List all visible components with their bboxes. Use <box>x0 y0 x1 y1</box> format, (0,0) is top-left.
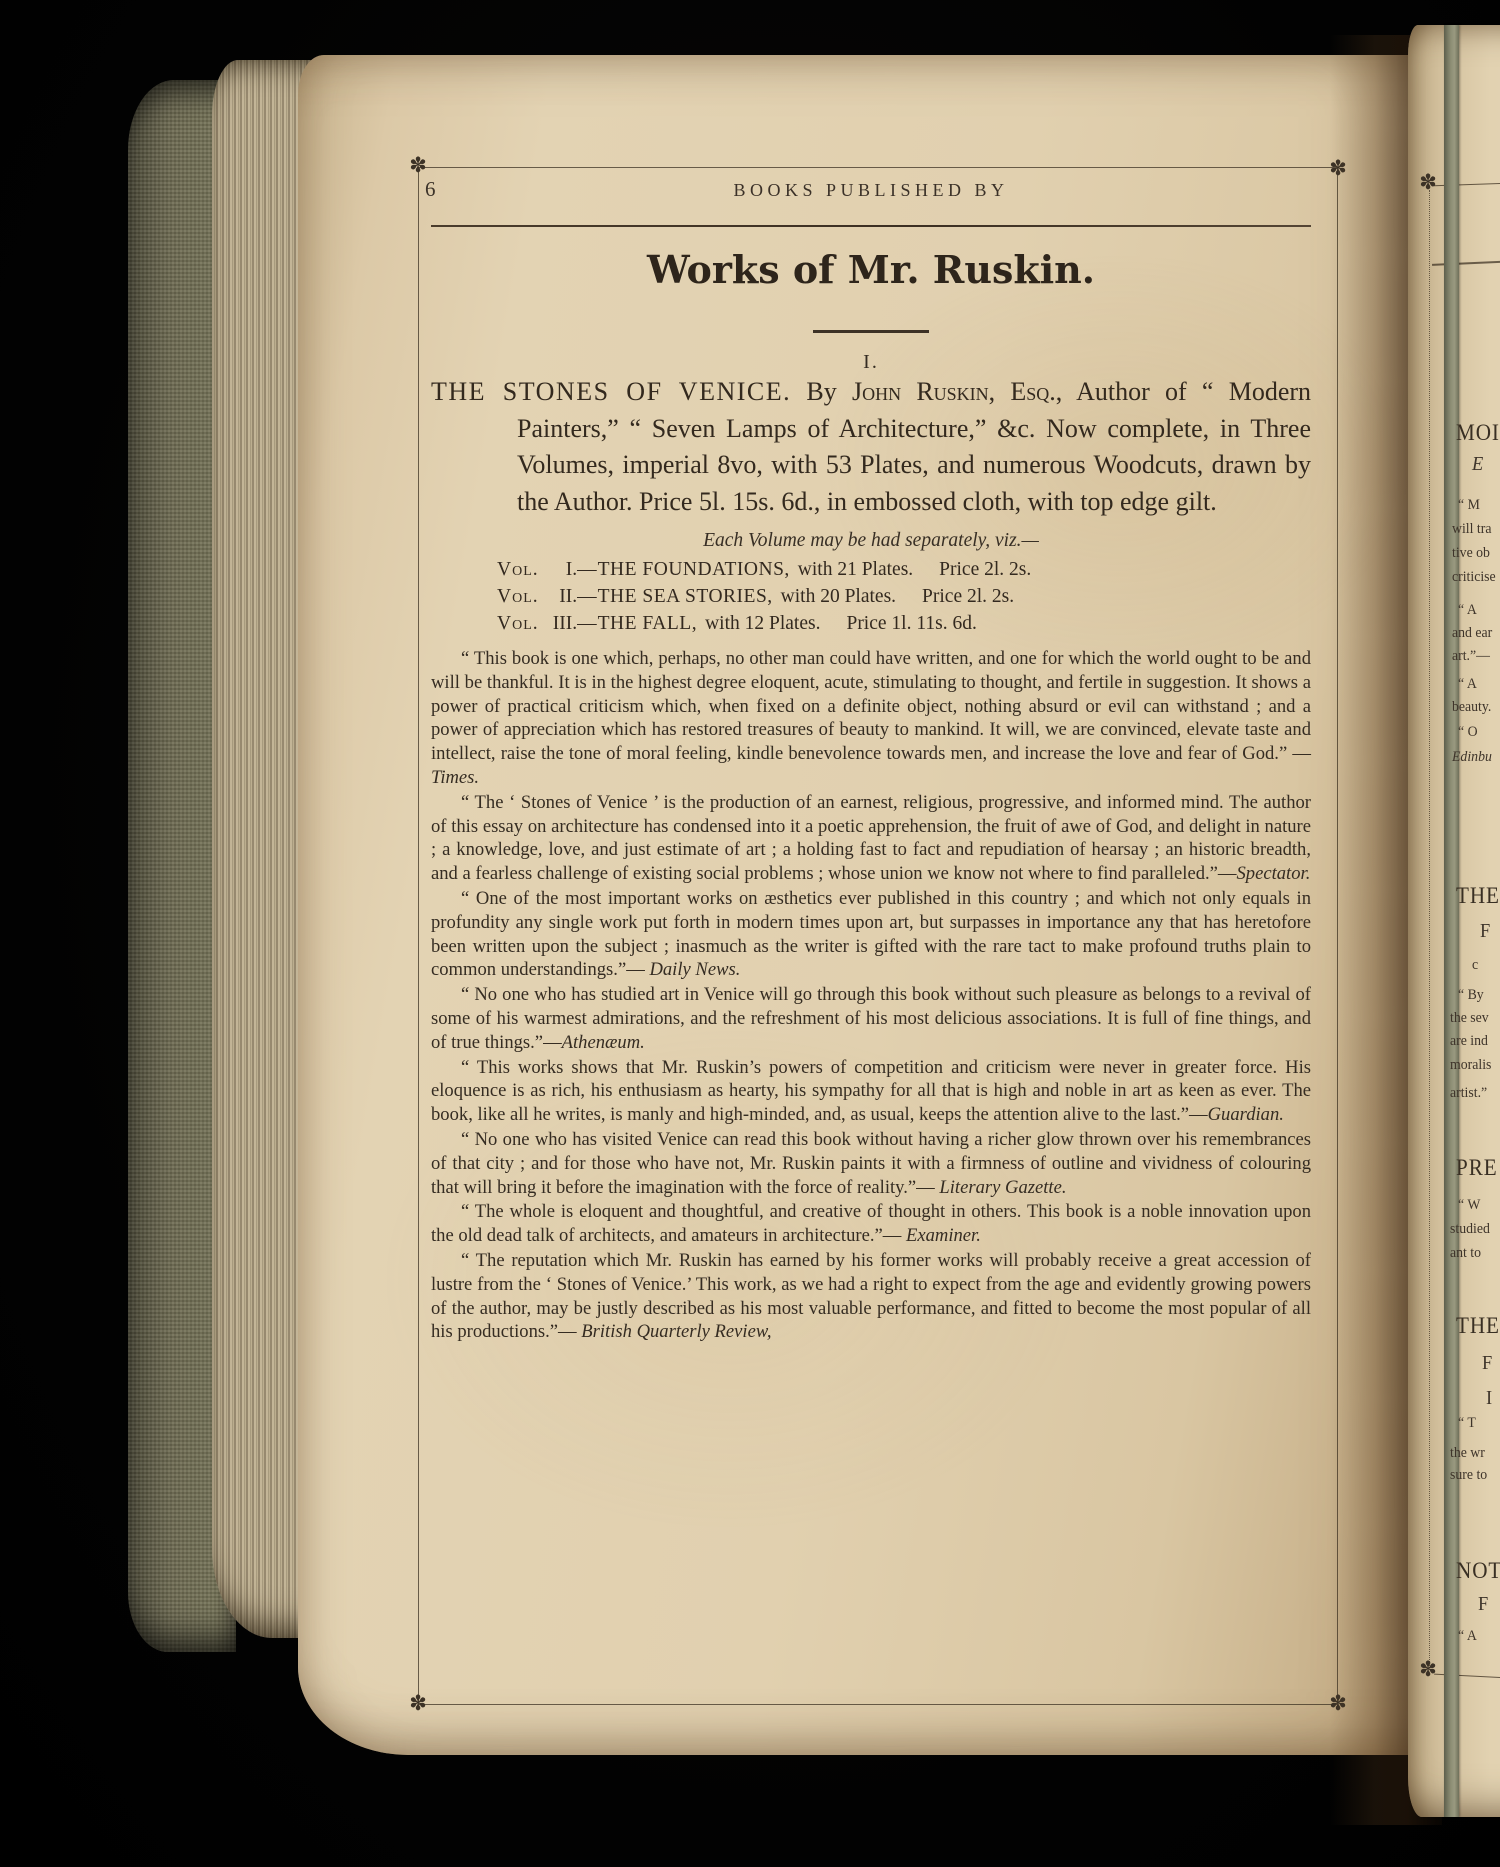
right-page-text-fragment: F <box>1482 1352 1492 1375</box>
book-title-main: THE STONES OF VENICE. <box>431 377 791 406</box>
review-dash: — <box>1189 1104 1208 1125</box>
review-text: “ No one who has visited Venice can read… <box>431 1129 1311 1198</box>
right-page-header-rule <box>1432 258 1500 266</box>
review-text: “ This book is one which, perhaps, no ot… <box>431 648 1311 764</box>
corner-fleuron-icon: ✽ <box>1417 172 1439 194</box>
volume-plates: with 20 Plates. <box>781 586 896 607</box>
review-dash: — <box>1287 743 1311 764</box>
volume-title: THE FALL, <box>598 613 697 634</box>
item-number: I. <box>431 351 1311 374</box>
review-quotes: “ This book is one which, perhaps, no ot… <box>431 647 1311 1344</box>
review-quote: “ The reputation which Mr. Ruskin has ea… <box>431 1249 1311 1344</box>
right-facing-page: ✽ ✽ MOIE“ Mwill trative obcriticise“ Aan… <box>1408 25 1500 1817</box>
review-dash: — <box>543 1032 562 1053</box>
book-photo: { "colors":{ "background":"#020202", "pa… <box>0 0 1500 1867</box>
corner-fleuron-icon: ✽ <box>1327 158 1349 180</box>
right-page-text-fragment: art.”— <box>1452 648 1490 665</box>
separate-purchase-note: Each Volume may be had separately, viz.— <box>431 530 1311 552</box>
volume-numeral: III.— <box>539 610 597 637</box>
volume-label: Vol. <box>497 559 539 580</box>
review-source: Athenæum. <box>562 1032 645 1053</box>
running-head: BOOKS PUBLISHED BY <box>431 177 1311 201</box>
right-page-text-fragment: artist.” <box>1450 1085 1487 1102</box>
page-number: 6 <box>425 177 436 202</box>
right-page-text-fragment: “ A <box>1458 1628 1477 1645</box>
right-page-text-fragment: ant to <box>1450 1245 1481 1262</box>
review-dash: — <box>626 959 649 980</box>
right-page-text-fragment: NOT <box>1456 1558 1500 1584</box>
right-page-text-fragment: I <box>1486 1387 1492 1410</box>
right-page-border-line <box>1429 190 1430 1668</box>
right-page-text-fragment: the wr <box>1450 1445 1485 1462</box>
volume-numeral: II.— <box>539 583 597 610</box>
volume-row: Vol.II.—THE SEA STORIES,with 20 Plates.P… <box>497 583 1311 610</box>
review-source: Times. <box>431 767 479 788</box>
volume-price: Price 2l. 2s. <box>939 559 1031 580</box>
volume-numeral: I.— <box>539 556 597 583</box>
review-text: “ One of the most important works on æst… <box>431 888 1311 980</box>
right-page-text-fragment: criticise <box>1452 569 1496 586</box>
volume-plates: with 21 Plates. <box>798 559 913 580</box>
header-rule <box>431 225 1311 227</box>
right-page-text-fragment: studied <box>1450 1221 1490 1238</box>
book-title-by: By <box>806 377 836 406</box>
right-page-text-fragment: and ear <box>1452 625 1492 642</box>
right-page-text-fragment: c <box>1472 957 1478 974</box>
review-quote: “ No one who has visited Venice can read… <box>431 1128 1311 1199</box>
review-source: Guardian. <box>1208 1104 1284 1125</box>
right-page-text-fragment: “ W <box>1458 1197 1480 1214</box>
review-source: British Quarterly Review, <box>581 1321 771 1342</box>
section-divider <box>813 330 929 333</box>
review-quote: “ This book is one which, perhaps, no ot… <box>431 647 1311 790</box>
page-content: 6 BOOKS PUBLISHED BY Works of Mr. Ruskin… <box>431 177 1311 1345</box>
review-text: “ The ‘ Stones of Venice ’ is the produc… <box>431 792 1311 884</box>
right-page-text-fragment: sure to <box>1450 1467 1487 1484</box>
review-source: Literary Gazette. <box>939 1177 1066 1198</box>
page-header: 6 BOOKS PUBLISHED BY <box>431 177 1311 207</box>
right-page-text-fragment: F <box>1478 1593 1488 1616</box>
book-entry-title: THE STONES OF VENICE. By John Ruskin, Es… <box>431 374 1311 520</box>
section-heading: Works of Mr. Ruskin. <box>431 247 1311 292</box>
right-page-text-fragment: THE <box>1456 1313 1500 1339</box>
right-page-text-fragment: MOI <box>1456 420 1500 446</box>
right-page-text-fragment: E <box>1472 453 1483 476</box>
volume-plates: with 12 Plates. <box>705 613 820 634</box>
corner-fleuron-icon: ✽ <box>407 1693 429 1715</box>
volume-title: THE FOUNDATIONS, <box>598 559 790 580</box>
volume-label: Vol. <box>497 613 539 634</box>
corner-fleuron-icon: ✽ <box>1417 1659 1439 1681</box>
right-page-text-fragment: F <box>1480 920 1490 943</box>
corner-fleuron-icon: ✽ <box>1327 1693 1349 1715</box>
review-source: Examiner. <box>906 1225 981 1246</box>
right-page-text-fragment: PRE <box>1456 1155 1498 1181</box>
right-page-text-fragment: Edinbu <box>1452 749 1492 766</box>
review-source: Spectator. <box>1237 863 1311 884</box>
volume-list: Vol.I.—THE FOUNDATIONS,with 21 Plates.Pr… <box>431 556 1311 637</box>
volume-row: Vol.I.—THE FOUNDATIONS,with 21 Plates.Pr… <box>497 556 1311 583</box>
review-text: “ The whole is eloquent and thoughtful, … <box>431 1201 1311 1246</box>
right-page-text-fragment: “ O <box>1458 724 1478 741</box>
volume-title: THE SEA STORIES, <box>598 586 773 607</box>
right-page-text-fragment: “ By <box>1458 987 1484 1004</box>
volume-row: Vol.III.—THE FALL,with 12 Plates.Price 1… <box>497 610 1311 637</box>
volume-price: Price 2l. 2s. <box>922 586 1014 607</box>
book-title-author: John Ruskin, Esq., <box>852 377 1062 406</box>
review-text: “ This works shows that Mr. Ruskin’s pow… <box>431 1057 1311 1126</box>
review-dash: — <box>883 1225 906 1246</box>
review-quote: “ The whole is eloquent and thoughtful, … <box>431 1200 1311 1248</box>
review-quote: “ One of the most important works on æst… <box>431 887 1311 982</box>
right-page-text-fragment: will tra <box>1452 521 1491 538</box>
review-quote: “ This works shows that Mr. Ruskin’s pow… <box>431 1056 1311 1127</box>
review-source: Daily News. <box>649 959 740 980</box>
facing-page-edge-strip <box>1444 25 1459 1817</box>
corner-fleuron-icon: ✽ <box>407 155 429 177</box>
open-book: ✽ ✽ ✽ ✽ 6 BOOKS PUBLISHED BY Works of Mr… <box>0 0 1500 1867</box>
review-quote: “ The ‘ Stones of Venice ’ is the produc… <box>431 791 1311 886</box>
right-page-text-fragment: “ T <box>1458 1415 1476 1432</box>
right-page-text-fragment: “ A <box>1458 676 1477 693</box>
right-page-text-fragment: tive ob <box>1452 545 1490 562</box>
review-quote: “ No one who has studied art in Venice w… <box>431 983 1311 1054</box>
right-page-text-fragment: THE <box>1456 883 1500 909</box>
review-dash: — <box>558 1321 581 1342</box>
right-page-text-fragment: moralis <box>1450 1057 1491 1074</box>
right-page-text-fragment: beauty. <box>1452 699 1491 716</box>
right-page-text-fragment: are ind <box>1450 1033 1488 1050</box>
review-dash: — <box>1218 863 1237 884</box>
right-page-text-fragment: “ M <box>1458 497 1480 514</box>
right-page-text-fragment: the sev <box>1450 1010 1489 1027</box>
right-page-text-fragment: “ A <box>1458 602 1477 619</box>
volume-price: Price 1l. 11s. 6d. <box>846 613 976 634</box>
volume-label: Vol. <box>497 586 539 607</box>
left-page: ✽ ✽ ✽ ✽ 6 BOOKS PUBLISHED BY Works of Mr… <box>298 55 1438 1755</box>
review-dash: — <box>916 1177 939 1198</box>
